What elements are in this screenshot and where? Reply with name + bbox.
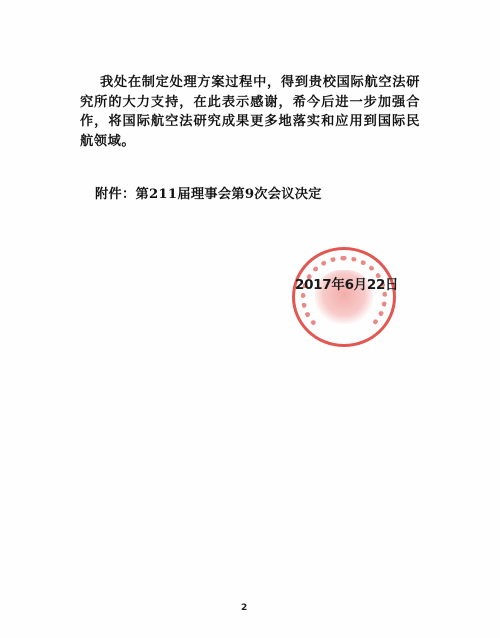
signature-date: 2017年6月22日 [295,277,398,293]
document-page: 我处在制定处理方案过程中，得到贵校国际航空法研究所的大力支持，在此表示感谢，希今… [0,0,500,638]
official-seal [292,247,396,347]
page-number: 2 [241,603,247,613]
attachment-line: 附件：第211届理事会第9次会议决定 [95,186,322,204]
body-paragraph: 我处在制定处理方案过程中，得到贵校国际航空法研究所的大力支持，在此表示感谢，希今… [80,73,420,151]
